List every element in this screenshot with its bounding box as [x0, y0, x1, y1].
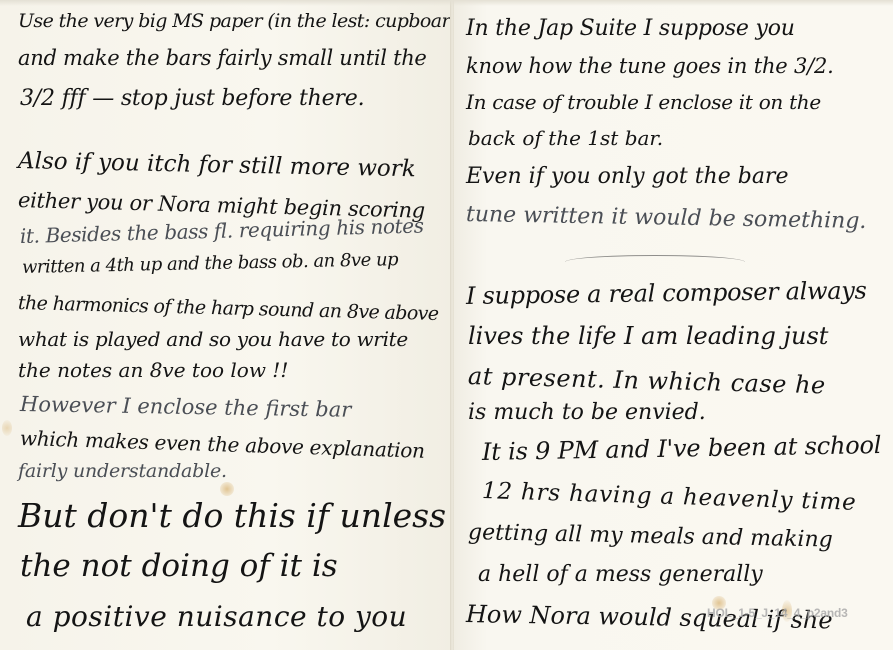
ink-stain: [2, 420, 12, 436]
archive-watermark: HOL_1-5_J_14_4_p2and3: [707, 606, 848, 620]
right-line-5: Even if you only got the bare: [466, 164, 788, 189]
left-line-15: the not doing of it is: [20, 548, 338, 584]
page-fold: [450, 0, 454, 650]
left-line-14: But don't do this if unless: [18, 496, 446, 535]
section-divider-stroke: [565, 255, 745, 269]
ink-stain: [220, 482, 234, 496]
right-line-11: It is 9 PM and I've been at school: [482, 431, 882, 466]
left-line-1: Use the very big MS paper (in the lest: …: [18, 10, 452, 32]
right-line-6: tune written it would be something.: [466, 202, 867, 234]
right-line-4: back of the 1st bar.: [468, 126, 663, 150]
left-line-11: However I enclose the first bar: [20, 392, 352, 422]
right-line-1: In the Jap Suite I suppose you: [466, 16, 795, 41]
letter-spread: ​​ Use the very big MS paper (in the les…: [0, 0, 893, 650]
left-line-10: the notes an 8ve too low !!: [18, 358, 288, 382]
left-line-13: fairly understandable.: [18, 460, 227, 482]
right-line-13: getting all my meals and making: [468, 520, 833, 553]
left-line-7: written a 4th up and the bass ob. an 8ve…: [22, 249, 399, 278]
left-line-6: it. Besides the bass fl. requiring his n…: [20, 213, 424, 248]
right-line-7: I suppose a real composer always: [466, 276, 867, 310]
right-line-12: 12 hrs having a heavenly time: [482, 478, 857, 516]
left-page: ​​ Use the very big MS paper (in the les…: [0, 0, 452, 650]
right-line-9: at present. In which case he: [468, 362, 826, 399]
left-line-16: a positive nuisance to you: [26, 600, 407, 633]
right-line-14: a hell of a mess generally: [478, 562, 763, 587]
right-page: In the Jap Suite I suppose you know how …: [452, 0, 893, 650]
right-line-10: is much to be envied.: [468, 400, 706, 425]
left-line-8: the harmonics of the harp sound an 8ve a…: [18, 292, 439, 325]
right-line-8: lives the life I am leading just: [468, 322, 828, 350]
page-top-edge: [0, 0, 893, 6]
right-line-2: know how the tune goes in the 3/2.: [466, 54, 834, 78]
left-line-9: what is played and so you have to write: [18, 327, 408, 351]
right-line-3: In case of trouble I enclose it on the: [466, 90, 821, 114]
left-line-4: Also if you itch for still more work: [18, 148, 416, 182]
left-line-3: 3/2 fff — stop just before there.: [20, 86, 364, 111]
left-line-2: and make the bars fairly small until the: [18, 46, 427, 70]
left-line-12: which makes even the above explanation: [20, 426, 425, 463]
